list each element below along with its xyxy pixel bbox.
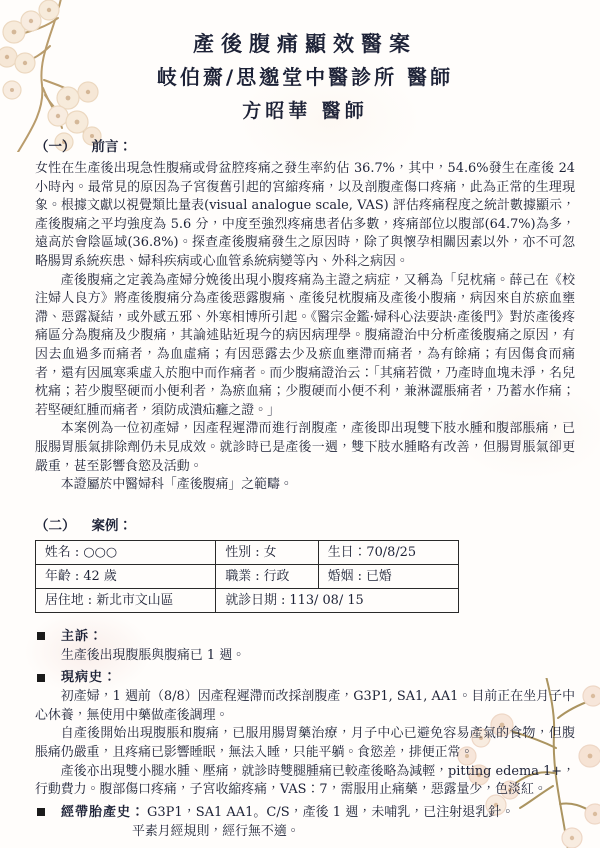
chief-complaint-heading: 主訴：	[35, 627, 575, 646]
bullet-square-icon	[37, 808, 45, 816]
case-heading-number: （二）	[35, 517, 76, 536]
patient-marital-cell: 婚姻 : 已婚	[318, 564, 458, 588]
preface-paragraph: 女性在生產後出現急性腹痛或骨盆腔疼痛之發生率約佔 36.7%，其中，54.6%發…	[35, 160, 575, 272]
case-heading: （二） 案例：	[35, 517, 575, 536]
patient-sex-cell: 性別 : 女	[216, 540, 318, 564]
preface-heading-label: 前言：	[92, 138, 133, 157]
chief-complaint-title: 主訴：	[61, 627, 103, 646]
visit-date-cell: 就診日期 : 113/ 08/ 15	[216, 588, 459, 612]
bullet-square-icon	[37, 674, 45, 682]
patient-residence-cell: 居住地 : 新北市文山區	[36, 588, 216, 612]
present-illness-title: 現病史：	[61, 668, 117, 687]
patient-occupation-cell: 職業 : 行政	[216, 564, 318, 588]
present-illness-body: 初產婦，1 週前（8/8）因產程遲滯而改採剖腹產，G3P1, SA1, AA1。…	[35, 688, 575, 800]
case-heading-label: 案例：	[92, 517, 133, 536]
preface-heading: （一） 前言：	[35, 138, 575, 157]
chief-complaint-content: 生產後出現腹脹與腹痛已 1 週。	[61, 647, 575, 666]
document-page: 產後腹痛顯效醫案 岐伯齋/思邈堂中醫診所 醫師 方昭華 醫師 （一） 前言： 女…	[0, 0, 600, 848]
present-illness-heading: 現病史：	[35, 668, 575, 687]
patient-info-table: 姓名 : ○○○ 性別 : 女 生日：70/8/25 年齡 : 42 歲 職業 …	[35, 540, 459, 613]
preface-paragraph: 本證屬於中醫婦科「產後腹痛」之範疇。	[35, 476, 575, 495]
present-illness-paragraph: 自產後開始出現腹脹和腹痛，已服用腸胃藥治療，月子中心已避免容易產氣的食物，但腹脹…	[35, 725, 575, 762]
present-illness-paragraph: 初產婦，1 週前（8/8）因產程遲滯而改採剖腹產，G3P1, SA1, AA1。…	[35, 688, 575, 725]
patient-age-cell: 年齡 : 42 歲	[36, 564, 216, 588]
clinic-name: 岐伯齋/思邈堂中醫診所 醫師	[35, 60, 575, 95]
patient-birthdate-cell: 生日：70/8/25	[318, 540, 458, 564]
present-illness-paragraph: 產後亦出現雙小腿水腫、壓痛，就診時雙腿腫痛已較產後略為減輕，pitting ed…	[35, 763, 575, 800]
physician-name: 方昭華 醫師	[35, 95, 575, 128]
preface-paragraph: 本案例為一位初產婦，因產程遲滯而進行剖腹產，產後即出現雙下肢水腫和腹部脹痛，已服…	[35, 420, 575, 476]
bullet-square-icon	[37, 632, 45, 640]
table-row: 居住地 : 新北市文山區 就診日期 : 113/ 08/ 15	[36, 588, 459, 612]
ob-history-heading: 經帶胎產史： G3P1，SA1 AA1。C/S，產後 1 週，未哺乳，已注射退乳…	[35, 803, 575, 822]
ob-history-continuation: 平素月經規則，經行無不適。	[132, 823, 575, 842]
document-content: 產後腹痛顯效醫案 岐伯齋/思邈堂中醫診所 醫師 方昭華 醫師 （一） 前言： 女…	[0, 0, 600, 841]
page-title: 產後腹痛顯效醫案	[35, 28, 575, 60]
table-row: 年齡 : 42 歲 職業 : 行政 婚姻 : 已婚	[36, 564, 459, 588]
table-row: 姓名 : ○○○ 性別 : 女 生日：70/8/25	[36, 540, 459, 564]
ob-history-title: 經帶胎產史：	[61, 803, 145, 822]
ob-history-value: G3P1，SA1 AA1。C/S，產後 1 週，未哺乳，已注射退乳針。	[147, 803, 514, 822]
preface-heading-number: （一）	[35, 138, 76, 157]
patient-name-cell: 姓名 : ○○○	[36, 540, 216, 564]
preface-paragraph: 產後腹痛之定義為產婦分娩後出現小腹疼痛為主證之病症，又稱為「兒枕痛。薛己在《校注…	[35, 272, 575, 421]
preface-body: 女性在生產後出現急性腹痛或骨盆腔疼痛之發生率約佔 36.7%，其中，54.6%發…	[35, 160, 575, 495]
